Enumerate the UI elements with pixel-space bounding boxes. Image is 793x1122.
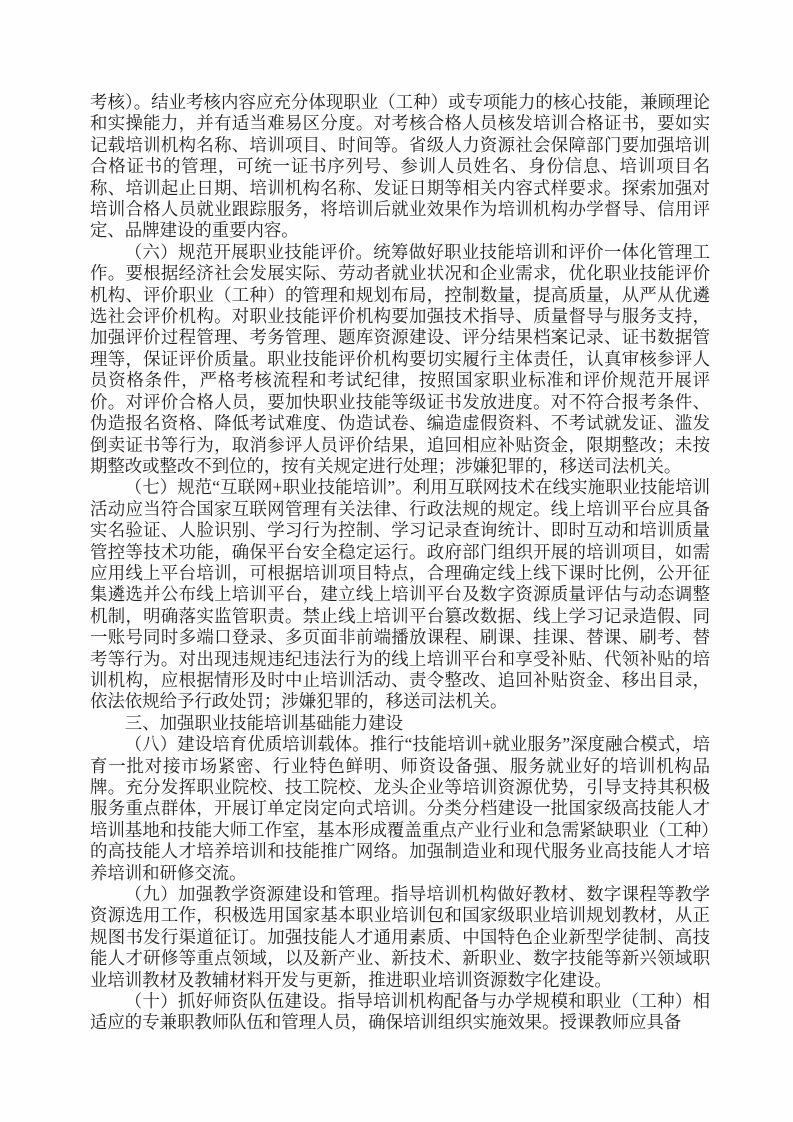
paragraph: （八）建设培育优质培训载体。推行“技能培训+就业服务”深度融合模式，培育一批对接… — [90, 734, 710, 884]
paragraph: （十）抓好师资队伍建设。指导培训机构配备与办学规模和职业（工种）相适应的专兼职教… — [90, 991, 710, 1034]
paragraph: （七）规范“互联网+职业技能培训”。利用互联网技术在线实施职业技能培训活动应当符… — [90, 477, 710, 712]
document-page: 考核）。结业考核内容应充分体现职业（工种）或专项能力的核心技能，兼顾理论和实操能… — [0, 0, 793, 1122]
paragraph: （九）加强教学资源建设和管理。指导培训机构做好教材、数字课程等教学资源选用工作，… — [90, 884, 710, 991]
paragraph: 考核）。结业考核内容应充分体现职业（工种）或专项能力的核心技能，兼顾理论和实操能… — [90, 92, 710, 242]
paragraph: （六）规范开展职业技能评价。统筹做好职业技能培训和评价一体化管理工作。要根据经济… — [90, 242, 710, 477]
section-heading: 三、加强职业技能培训基础能力建设 — [90, 713, 710, 734]
document-content: 考核）。结业考核内容应充分体现职业（工种）或专项能力的核心技能，兼顾理论和实操能… — [90, 92, 710, 1034]
